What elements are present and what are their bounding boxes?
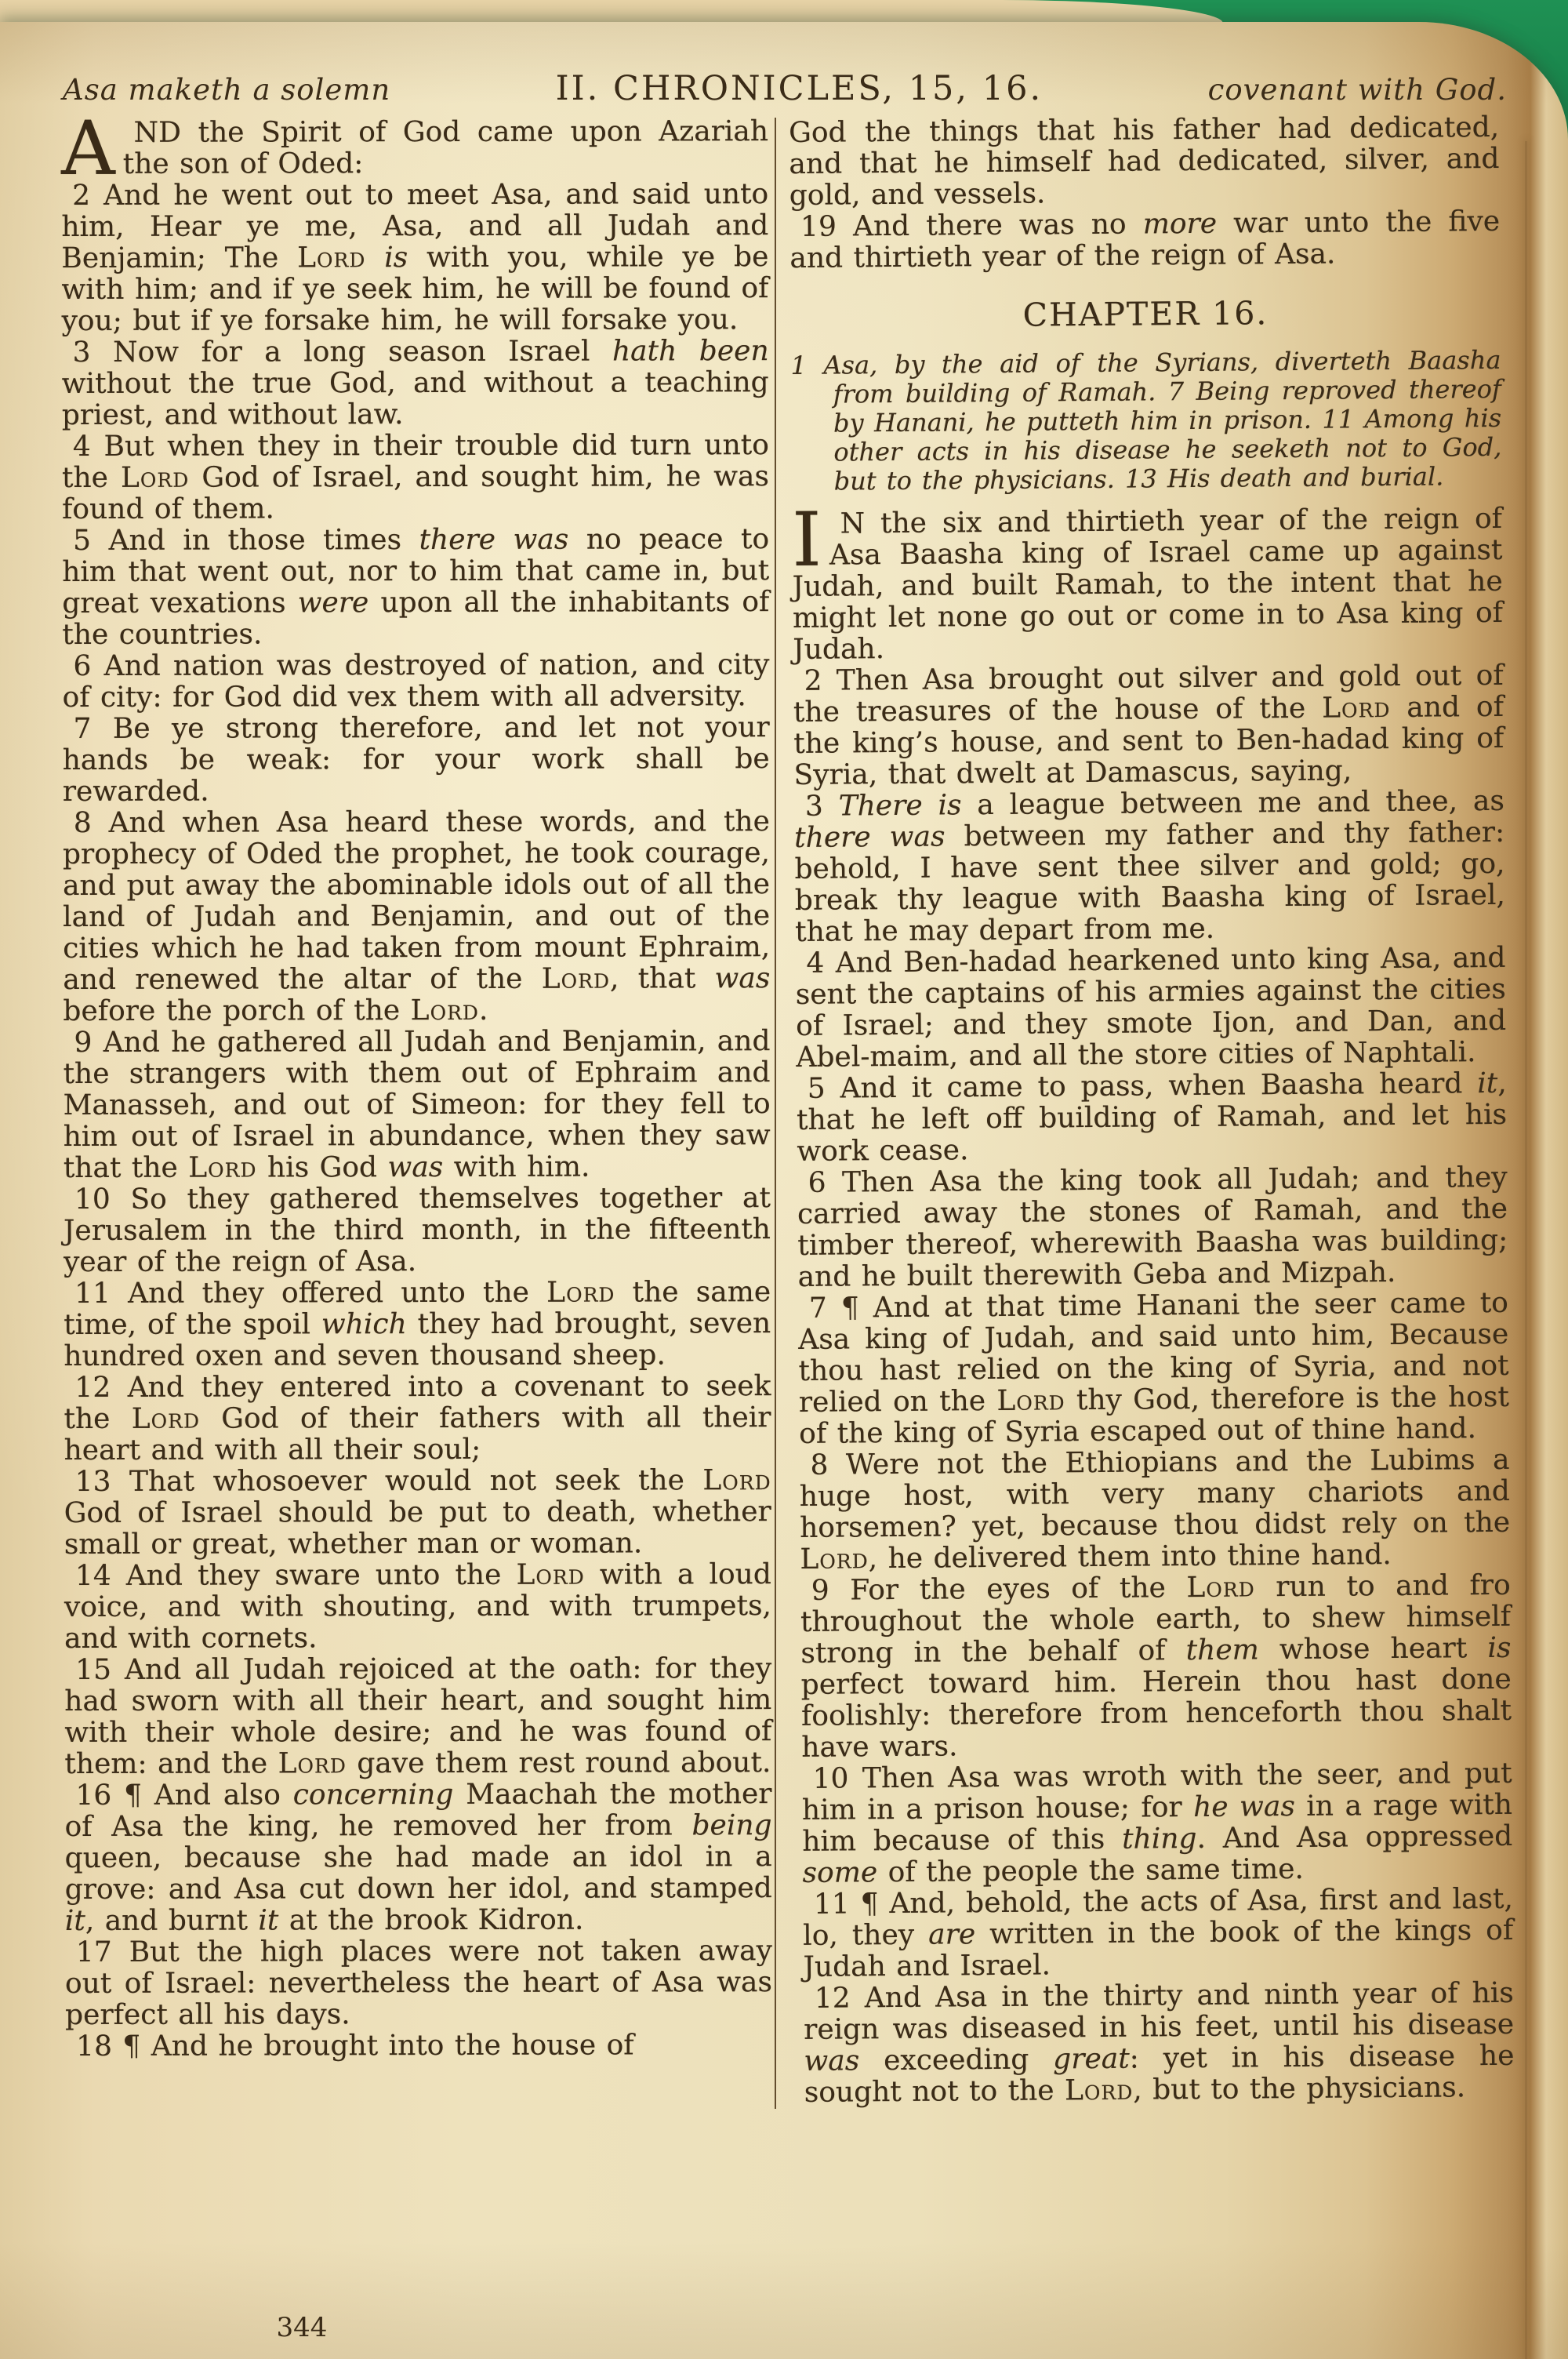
verse: 17 But the high places were not taken aw… xyxy=(65,1936,772,2031)
lord-small-caps: Lord xyxy=(132,1403,200,1435)
verse: 8 And when Asa heard these words, and th… xyxy=(63,806,771,1027)
running-head-right: covenant with God. xyxy=(1208,73,1507,107)
verse: 11 And they offered unto the Lord the sa… xyxy=(64,1277,771,1372)
drop-cap: I xyxy=(792,509,829,569)
photographed-bible-page: { "document": { "running_head": { "left"… xyxy=(0,0,1568,2359)
verse: 7 ¶ And at that time Hanani the seer cam… xyxy=(798,1288,1510,1450)
verse: 6 Then Asa the king took all Judah; and … xyxy=(797,1162,1508,1293)
verse: 7 Be ye strong therefore, and let not yo… xyxy=(63,712,770,808)
verse: 3 There is a league between me and thee,… xyxy=(794,786,1506,948)
verse: 4 And Ben-hadad hearkened unto king Asa,… xyxy=(795,943,1506,1074)
drop-cap: A xyxy=(61,118,123,177)
verse: 9 For the eyes of the Lord run to and fr… xyxy=(800,1570,1512,1764)
page-fore-edge-crease xyxy=(1525,141,1527,2359)
chapter-summary: 1 Asa, by the aid of the Syrians, divert… xyxy=(790,346,1501,496)
lord-small-caps: Lord xyxy=(516,1559,584,1591)
lord-small-caps: Lord xyxy=(411,994,479,1027)
lord-small-caps: Lord xyxy=(1322,692,1391,725)
lord-small-caps: Lord xyxy=(1065,2074,1134,2107)
verse: 16 ¶ And also concerning Maachah the mot… xyxy=(64,1779,771,1937)
verse: 12 And they entered into a covenant to s… xyxy=(64,1371,771,1467)
verse: IN the six and thirtieth year of the rei… xyxy=(792,503,1504,666)
lord-small-caps: Lord xyxy=(546,1277,615,1309)
verse: 4 But when they in their trouble did tur… xyxy=(62,430,769,525)
verse: 18 ¶ And he brought into the house of xyxy=(65,2030,772,2063)
verse: 6 And nation was destroyed of nation, an… xyxy=(62,649,769,714)
running-head-left: Asa maketh a solemn xyxy=(63,73,390,107)
verse: 19 And there was no more war unto the fi… xyxy=(789,206,1501,274)
running-head-title: II. CHRONICLES, 15, 16. xyxy=(556,69,1044,108)
verse: 9 And he gathered all Judah and Benjamin… xyxy=(63,1026,770,1184)
verse: 3 Now for a long season Israel hath been… xyxy=(62,336,769,431)
verse: 15 And all Judah rejoiced at the oath: f… xyxy=(64,1653,771,1780)
verse: 12 And Asa in the thirty and ninth year … xyxy=(804,1978,1515,2109)
left-column: AND the Spirit of God came upon Azariah … xyxy=(61,116,772,2109)
lord-small-caps: Lord xyxy=(1186,1571,1255,1604)
column-divider-rule xyxy=(775,118,776,2109)
chapter-heading: CHAPTER 16. xyxy=(790,293,1501,336)
verse: 5 And in those times there was no peace … xyxy=(62,524,769,651)
lord-small-caps: Lord xyxy=(702,1464,771,1496)
verse: 2 And he went out to meet Asa, and said … xyxy=(61,179,768,337)
verse: 14 And they sware unto the Lord with a l… xyxy=(64,1559,771,1655)
verse: 8 Were not the Ethiopians and the Lubims… xyxy=(799,1445,1510,1576)
verse: 5 And it came to pass, when Baasha heard… xyxy=(797,1068,1508,1168)
verse: God the things that his father had dedic… xyxy=(789,112,1500,212)
lord-small-caps: Lord xyxy=(297,242,365,274)
lord-small-caps: Lord xyxy=(800,1543,869,1576)
right-column: God the things that his father had dedic… xyxy=(789,112,1515,2109)
verse: 13 That whosoever would not seek the Lor… xyxy=(64,1465,771,1561)
lord-small-caps: Lord xyxy=(542,963,610,995)
verse: 11 ¶ And, behold, the acts of Asa, first… xyxy=(803,1884,1514,1983)
verse: 10 So they gathered themselves together … xyxy=(64,1183,771,1278)
verse: 2 Then Asa brought out silver and gold o… xyxy=(793,660,1504,791)
verse: 10 Then Asa was wroth with the seer, and… xyxy=(801,1758,1512,1889)
page-number: 344 xyxy=(184,2312,419,2343)
lord-small-caps: Lord xyxy=(121,462,189,494)
lord-small-caps: Lord xyxy=(278,1747,347,1779)
running-head: Asa maketh a solemn II. CHRONICLES, 15, … xyxy=(63,69,1507,108)
verse: AND the Spirit of God came upon Azariah … xyxy=(61,116,768,180)
text-columns: AND the Spirit of God came upon Azariah … xyxy=(61,118,1510,2109)
lord-small-caps: Lord xyxy=(188,1151,256,1183)
lord-small-caps: Lord xyxy=(996,1384,1065,1417)
